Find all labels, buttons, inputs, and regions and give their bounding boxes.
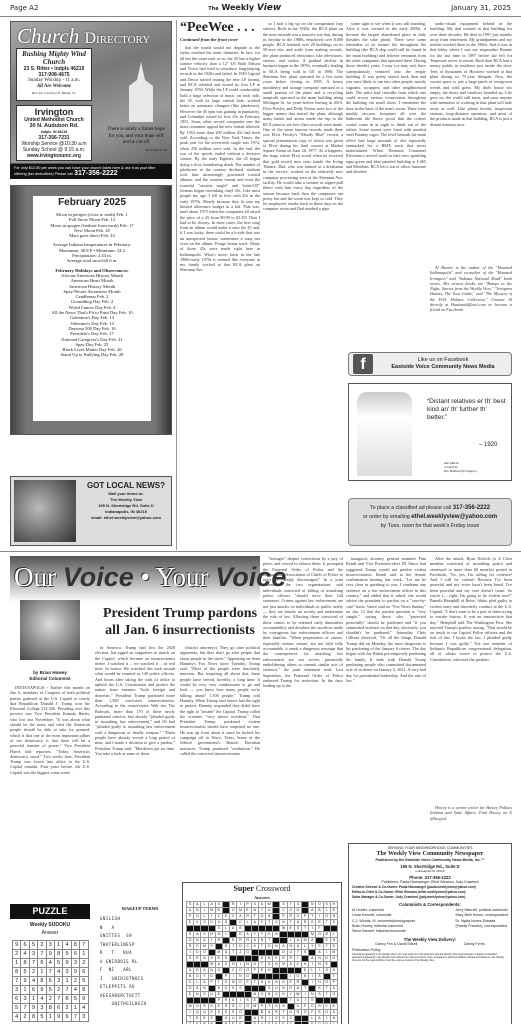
sudoku-cell: 2: [71, 977, 79, 986]
sudoku-cell: 5: [80, 977, 88, 986]
sudoku-cell: 6: [46, 977, 54, 986]
author-bio-howey: Howey is a senior writer for Howey Polit…: [430, 805, 512, 833]
page-header: Page A2 The Weekly View January 31, 2025: [0, 0, 521, 17]
sudoku-cell: 8: [21, 959, 29, 968]
sudoku-cell: 2: [63, 1004, 71, 1013]
sudoku-cell: 9: [29, 1004, 37, 1013]
sudoku-cell: 8: [71, 941, 79, 950]
sudoku-cell: 7: [29, 959, 37, 968]
peewee-column-2: so I had a leg up on the competition (my…: [263, 21, 343, 545]
sudoku-row: 631427859: [13, 995, 89, 1004]
sudoku-cell: 3: [29, 950, 37, 959]
sudoku-cell: 3: [13, 986, 21, 995]
abe-martin-credit: Abe Martincreated byKin Hubbard (Irvingt…: [444, 462, 477, 473]
editorial-headline: President Trump pardons all Jan. 6 insur…: [95, 605, 265, 639]
sudoku-cell: 4: [21, 950, 29, 959]
sudoku-cell: 2: [21, 1013, 29, 1022]
peewee-continued-note: Continued from the front cover: [180, 37, 238, 42]
wordsearch-row: GNITHGILHGIH: [100, 1000, 180, 1009]
got-local-news-ad: GOT LOCAL NEWS? Mail your items to: The …: [10, 476, 172, 546]
abe-martin-illustration: [357, 392, 412, 476]
sudoku-cell: 2: [54, 986, 62, 995]
wordsearch-row: TWATERLINESP: [100, 941, 180, 950]
sudoku-cell: 9: [13, 941, 21, 950]
column-divider: [176, 20, 177, 550]
sudoku-cell: 7: [13, 977, 21, 986]
classified-phone: 317-356-2222: [453, 505, 490, 511]
sudoku-cell: 1: [54, 941, 62, 950]
section-divider: [0, 551, 521, 552]
sudoku-row: 316952748: [13, 986, 89, 995]
abe-martin-cartoon: “Distant relatives er th' best kind an' …: [348, 383, 512, 481]
makeup-terms-wordsearch: GNILIGHN AGNITTES SHTWATERLINESPR T BUAA…: [100, 915, 180, 1020]
sudoku-cell: 5: [71, 995, 79, 1004]
sudoku-cell: 3: [80, 1013, 88, 1022]
sudoku-cell: 5: [46, 986, 54, 995]
sudoku-cell: 8: [54, 950, 62, 959]
peewee-column-4: audio-visual equipment behind in the bui…: [430, 21, 512, 263]
sudoku-cell: 4: [71, 986, 79, 995]
sudoku-row: 852174396: [13, 968, 89, 977]
sudoku-cell: 6: [80, 968, 88, 977]
sudoku-cell: 4: [54, 968, 62, 977]
sudoku-cell: 8: [63, 995, 71, 1004]
sudoku-row: 243798561: [13, 950, 89, 959]
peewee-column-1: that the sound would not degrade as the …: [180, 45, 260, 545]
february-almanac: February 2025 Moon in perigee (close to …: [10, 185, 172, 435]
sudoku-cell: 9: [63, 959, 71, 968]
sudoku-cell: 7: [46, 968, 54, 977]
sudoku-row: 579386214: [13, 1004, 89, 1013]
february-title: February 2025: [33, 196, 151, 210]
sudoku-cell: 9: [71, 968, 79, 977]
sudoku-row: 965231487: [13, 941, 89, 950]
editorial-column-3: (district attorneys). They go after poli…: [180, 645, 260, 835]
news-email-link[interactable]: email: ethel.weeklyview@yahoo.com: [81, 515, 171, 521]
sudoku-cell: 9: [80, 995, 88, 1004]
peewee-headline: “PeeWee . . .: [180, 20, 255, 36]
sudoku-row: 428519673: [13, 1013, 89, 1022]
sudoku-cell: 8: [46, 1004, 54, 1013]
sudoku-cell: 7: [21, 1004, 29, 1013]
church-steeple-image: [121, 62, 161, 122]
sudoku-cell: 4: [29, 977, 37, 986]
page-number: Page A2: [10, 4, 38, 12]
sudoku-cell: 7: [54, 995, 62, 1004]
sudoku-cell: 4: [13, 1013, 21, 1022]
byline: by Brian HoweyEditorial Columnist: [10, 670, 90, 682]
sudoku-cell: 5: [13, 1004, 21, 1013]
sudoku-cell: 9: [21, 977, 29, 986]
peewee-column-3: some sight to see when it was still stan…: [346, 21, 426, 341]
sudoku-title: Weekly SUDOKU: [10, 922, 90, 928]
sudoku-cell: 3: [46, 941, 54, 950]
sudoku-cell: 4: [63, 941, 71, 950]
columnist-headshot: [20, 600, 80, 660]
sudoku-cell: 4: [80, 1004, 88, 1013]
sudoku-cell: 1: [71, 1004, 79, 1013]
sudoku-cell: 9: [38, 986, 46, 995]
editorial-column-5: inaugural, attorney general nominee Pam …: [346, 556, 426, 832]
classified-email-link[interactable]: ethel.weeklyview@yahoo.com: [411, 514, 497, 520]
sudoku-grid: 9652314872437985611876459328521743967948…: [12, 940, 89, 1022]
church-listing-rushing: Rushing Mighty Wind Church 23 S. Ritter …: [16, 48, 92, 101]
sudoku-cell: 7: [80, 941, 88, 950]
puzzle-answers-title: PUZZLE ANSWERS: [10, 904, 90, 919]
sudoku-cell: 5: [63, 950, 71, 959]
sudoku-cell: 8: [13, 968, 21, 977]
sudoku-cell: 2: [13, 950, 21, 959]
sudoku-row: 794863125: [13, 977, 89, 986]
moon-list: Moon in perigee (close to earth) Feb. 1F…: [33, 212, 151, 238]
sudoku-cell: 6: [21, 941, 29, 950]
sudoku-cell: 2: [80, 959, 88, 968]
wordsearch-row: N A: [100, 924, 180, 933]
sudoku-cell: 1: [38, 968, 46, 977]
sudoku-cell: 1: [63, 977, 71, 986]
wordsearch-row: A GNIRBOIS RL: [100, 958, 180, 967]
sudoku-cell: 3: [71, 959, 79, 968]
church-listing-irvington: Irvington United Methodist Church 30 N. …: [16, 105, 92, 161]
sudoku-cell: 8: [80, 986, 88, 995]
temperatures: Average Indiana temperatures in February…: [33, 242, 151, 263]
sudoku-cell: 3: [54, 977, 62, 986]
sudoku-cell: 5: [21, 968, 29, 977]
sudoku-cell: 4: [38, 995, 46, 1004]
sudoku-cell: 5: [54, 959, 62, 968]
church-directory-title: Church Directory: [11, 22, 171, 51]
sudoku-cell: 1: [80, 950, 88, 959]
crossword-answers-label: Answers: [182, 895, 342, 900]
wordsearch-row: GNITTES SH: [100, 932, 180, 941]
holidays-list: African-American History MonthAmerican H…: [33, 273, 151, 358]
sudoku-cell: 1: [21, 986, 29, 995]
sudoku-cell: 2: [46, 995, 54, 1004]
church-listing-offer: For only $12.50 per week you can have yo…: [10, 164, 172, 179]
wordsearch-row: R T BUA: [100, 949, 180, 958]
sudoku-cell: 1: [29, 995, 37, 1004]
wordsearch-row: I GNIRJOTNOCS: [100, 975, 180, 984]
sudoku-cell: 6: [71, 950, 79, 959]
sudoku-cell: 3: [38, 1004, 46, 1013]
wordsearch-row: ETLEPPITS AU: [100, 983, 180, 992]
sudoku-answer-label: Answer: [10, 930, 90, 936]
sudoku-row: 187645932: [13, 959, 89, 968]
kids-whisper-photo: [14, 480, 76, 542]
sudoku-cell: 3: [63, 968, 71, 977]
author-bio-hunter: Al Hunter is the author of the "Haunted …: [430, 265, 512, 345]
abe-martin-quote: “Distant relatives er th' best kind an' …: [427, 398, 507, 422]
editorial-column-6: After the attack, Ryan Nichols (a Jt Cle…: [430, 556, 512, 801]
wordsearch-row: AEESABERCTUCTT: [100, 992, 180, 1001]
editorial-column-4: "hostages" despite convictions by a jury…: [263, 556, 343, 856]
sudoku-cell: 8: [29, 1013, 37, 1022]
sudoku-cell: 7: [38, 950, 46, 959]
bible-quote: There is surely a future hope for you, a…: [105, 127, 167, 153]
sudoku-cell: 5: [29, 941, 37, 950]
sudoku-cell: 6: [54, 1004, 62, 1013]
classified-ad-box: To place a classified ad please call 317…: [348, 498, 512, 546]
sudoku-cell: 6: [63, 1013, 71, 1022]
publication-masthead: SERVING YOUR NEIGHBORHOOD COMMUNITIES Th…: [348, 843, 512, 1024]
sudoku-cell: 1: [46, 1013, 54, 1022]
crossword-title: Super Crossword: [182, 884, 342, 893]
sudoku-cell: 9: [54, 1013, 62, 1022]
sudoku-cell: 6: [29, 986, 37, 995]
makeup-terms-title: MAKEUP TERMS: [100, 906, 180, 911]
sudoku-cell: 1: [13, 959, 21, 968]
sudoku-cell: 6: [13, 995, 21, 1004]
editorial-column-2: in America. Trump had lost the 2020 elec…: [95, 645, 175, 835]
sudoku-cell: 4: [46, 959, 54, 968]
facebook-icon: f: [353, 354, 373, 374]
sudoku-cell: 2: [29, 968, 37, 977]
editorial-column-1: INDIANAPOLIS - Earlier this month on Jan…: [10, 685, 90, 835]
sudoku-cell: 7: [71, 1013, 79, 1022]
sudoku-cell: 5: [38, 1013, 46, 1022]
wordsearch-row: F NI ABL: [100, 966, 180, 975]
our-voice-banner: Our Voice • Your Voice: [10, 556, 260, 602]
issue-date: January 31, 2025: [451, 4, 511, 12]
sudoku-cell: 3: [21, 995, 29, 1004]
sudoku-cell: 8: [38, 977, 46, 986]
wordsearch-row: GNILIGH: [100, 915, 180, 924]
facebook-banner[interactable]: f Like us on FacebookEastside Voice Comm…: [348, 352, 512, 376]
sudoku-cell: 6: [38, 959, 46, 968]
sudoku-cell: 2: [38, 941, 46, 950]
sudoku-cell: 7: [63, 986, 71, 995]
sudoku-cell: 9: [46, 950, 54, 959]
church-directory-ad: Church Directory Rushing Mighty Wind Chu…: [10, 21, 172, 164]
masthead-title: The Weekly View: [208, 3, 281, 13]
crossword-grid: SALASRIPSAWSTSNOSHANIMEOMENTACOGABLEPOLI…: [186, 901, 338, 1024]
